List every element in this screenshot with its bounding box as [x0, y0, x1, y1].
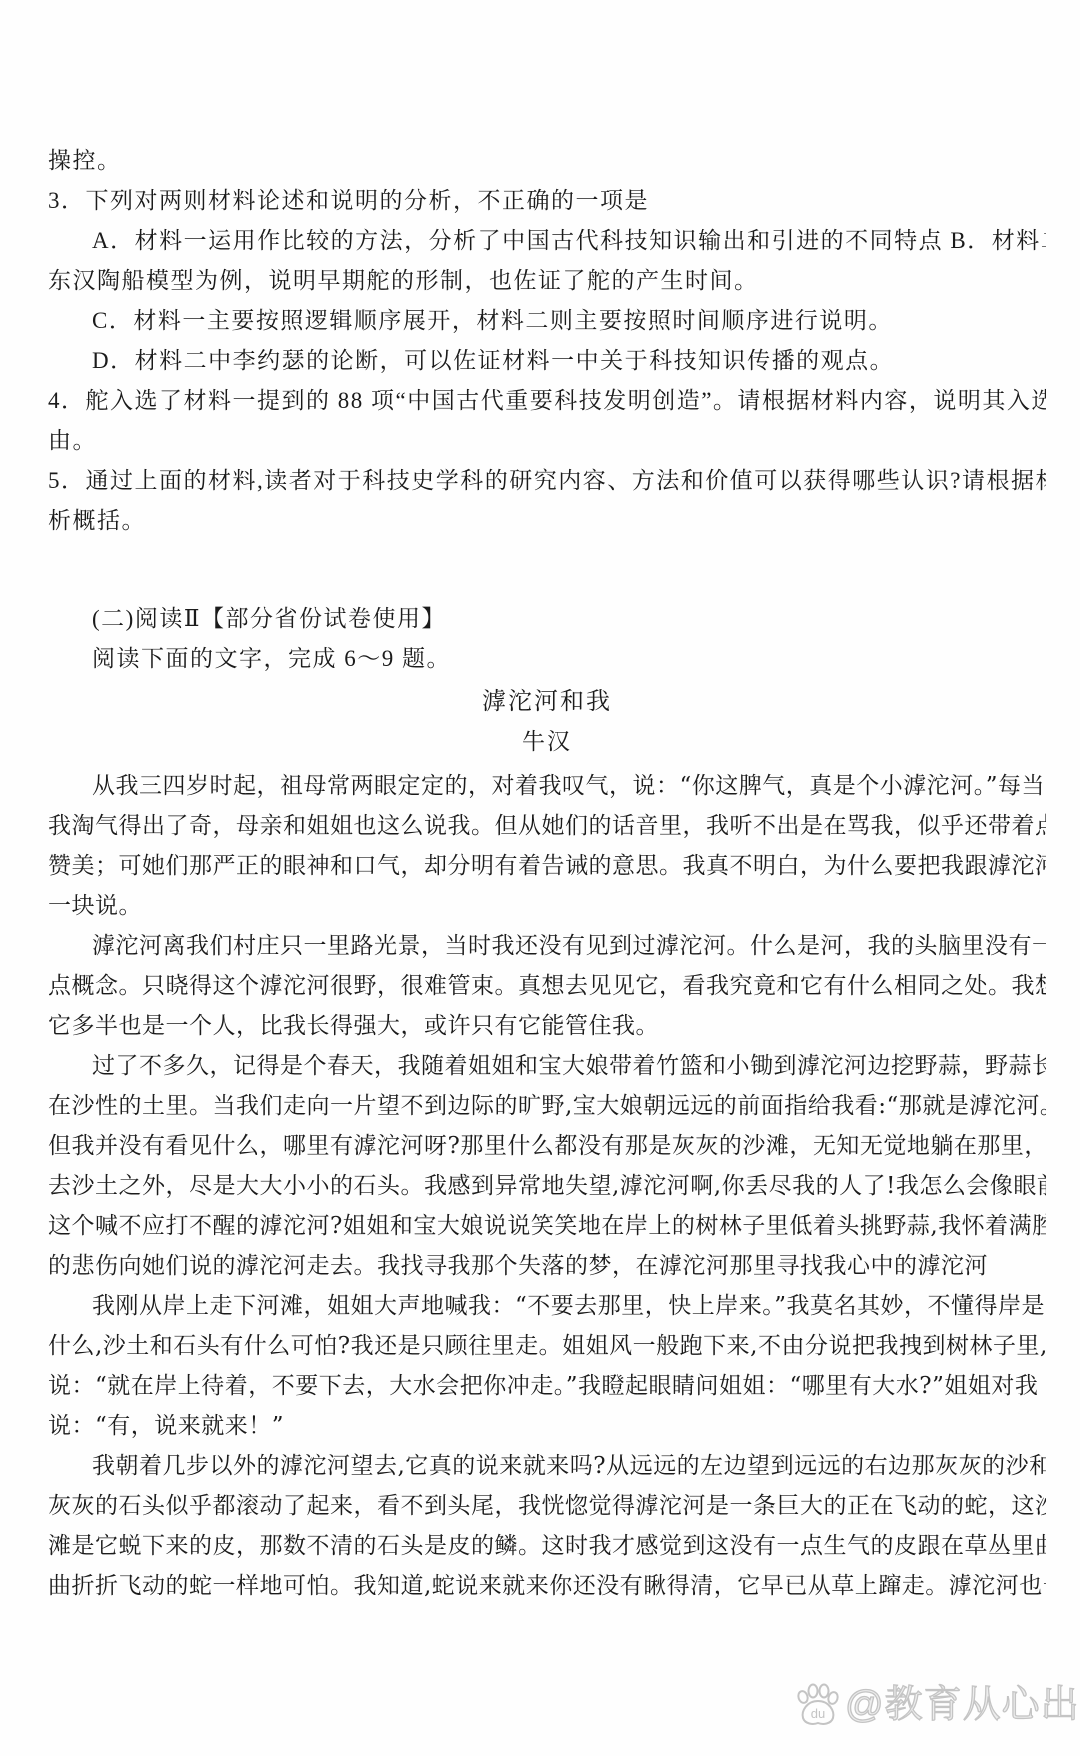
- passage-line: 曲折折飞动的蛇一样地可怕。我知道,蛇说来就来你还没有瞅得清，它早已从草上蹿走。滹…: [48, 1566, 1046, 1606]
- page-content: 操控。 3．下列对两则材料论述和说明的分析，不正确的一项是 A．材料一运用作比较…: [0, 0, 1080, 1606]
- question-5: 5．通过上面的材料,读者对于科技史学科的研究内容、方法和价值可以获得哪些认识?请…: [48, 461, 1046, 501]
- passage-line: 滹沱河离我们村庄只一里路光景，当时我还没有见到过滹沱河。什么是河，我的头脑里没有…: [48, 926, 1046, 966]
- question-4: 4．舵入选了材料一提到的 88 项“中国古代重要科技发明创造”。请根据材料内容，…: [48, 381, 1046, 421]
- passage-line: 我刚从岸上走下河滩，姐姐大声地喊我：“不要去那里，快上岸来。”我莫名其妙，不懂得…: [48, 1286, 1046, 1326]
- passage-line: 灰灰的石头似乎都滚动了起来，看不到头尾，我恍惚觉得滹沱河是一条巨大的正在飞动的蛇…: [48, 1486, 1046, 1526]
- passage-line: 一块说。: [48, 886, 1046, 926]
- passage-line: 我朝着几步以外的滹沱河望去,它真的说来就来吗?从远远的左边望到远远的右边那灰灰的…: [48, 1446, 1046, 1486]
- passage-line: 滩是它蜕下来的皮，那数不清的石头是皮的鳞。这时我才感觉到这没有一点生气的皮跟在草…: [48, 1526, 1046, 1566]
- passage-title: 滹沱河和我: [48, 682, 1046, 722]
- watermark: du @教育从心出: [793, 1682, 1080, 1728]
- passage-line: 什么,沙土和石头有什么可怕?我还是只顾往里走。姐姐风一般跑下来,不由分说把我拽到…: [48, 1326, 1046, 1366]
- section-heading: (二)阅读Ⅱ【部分省份试卷使用】: [48, 599, 1046, 639]
- passage-line: 的悲伤向她们说的滹沱河走去。我找寻我那个失落的梦，在滹沱河那里寻找我心中的滹沱河: [48, 1246, 1046, 1286]
- passage-line: 过了不多久，记得是个春天，我随着姐姐和宝大娘带着竹篮和小锄到滹沱河边挖野蒜，野蒜…: [48, 1046, 1046, 1086]
- watermark-handle: @教育从心出: [845, 1683, 1080, 1727]
- passage-line: 说：“就在岸上待着，不要下去，大水会把你冲走。”我瞪起眼睛问姐姐：“哪里有大水?…: [48, 1366, 1046, 1406]
- passage-body: 从我三四岁时起，祖母常两眼定定的，对着我叹气，说：“你这脾气，真是个小滹沱河。”…: [48, 766, 1046, 1606]
- exam-page: 操控。 3．下列对两则材料论述和说明的分析，不正确的一项是 A．材料一运用作比较…: [0, 0, 1080, 1756]
- reading-section-header: (二)阅读Ⅱ【部分省份试卷使用】 阅读下面的文字，完成 6～9 题。: [48, 599, 1046, 679]
- questions-section: 操控。 3．下列对两则材料论述和说明的分析，不正确的一项是 A．材料一运用作比较…: [48, 141, 1046, 541]
- question-3-option-d: D．材料二中李约瑟的论断，可以佐证材料一中关于科技知识传播的观点。: [48, 341, 1046, 381]
- question-3-option-c: C．材料一主要按照逻辑顺序展开，材料二则主要按照时间顺序进行说明。: [48, 301, 1046, 341]
- paw-icon-text: du: [811, 1706, 825, 1721]
- question-5-continuation: 析概括。: [48, 501, 1046, 541]
- passage-line: 点概念。只晓得这个滹沱河很野，很难管束。真想去见见它，看我究竟和它有什么相同之处…: [48, 966, 1046, 1006]
- passage-line: 从我三四岁时起，祖母常两眼定定的，对着我叹气，说：“你这脾气，真是个小滹沱河。”…: [48, 766, 1046, 806]
- question-3-option-a: A．材料一运用作比较的方法，分析了中国古代科技知识输出和引进的不同特点 B．材料…: [48, 221, 1046, 261]
- passage-line: 赞美；可她们那严正的眼神和口气，却分明有着告诫的意思。我真不明白，为什么要把我跟…: [48, 846, 1046, 886]
- passage-line: 我淘气得出了奇，母亲和姐姐也这么说我。但从她们的话音里，我听不出是在骂我，似乎还…: [48, 806, 1046, 846]
- baidu-paw-icon: du: [793, 1682, 841, 1728]
- passage-line: 但我并没有看见什么，哪里有滹沱河呀?那里什么都没有那是灰灰的沙滩，无知无觉地躺在…: [48, 1126, 1046, 1166]
- passage-line: 它多半也是一个人，比我长得强大，或许只有它能管住我。: [48, 1006, 1046, 1046]
- passage-author: 牛汉: [48, 722, 1046, 762]
- question-continuation-line: 操控。: [48, 141, 1046, 181]
- question-4-continuation: 由。: [48, 421, 1046, 461]
- passage-line: 这个喊不应打不醒的滹沱河?姐姐和宝大娘说说笑笑地在岸上的树林子里低着头挑野蒜,我…: [48, 1206, 1046, 1246]
- question-3-option-b-continuation: 东汉陶船模型为例，说明早期舵的形制，也佐证了舵的产生时间。: [48, 261, 1046, 301]
- question-3: 3．下列对两则材料论述和说明的分析，不正确的一项是: [48, 181, 1046, 221]
- passage-line: 在沙性的土里。当我们走向一片望不到边际的旷野,宝大娘朝远远的前面指给我看:“那就…: [48, 1086, 1046, 1126]
- passage-line: 去沙土之外，尽是大大小小的石头。我感到异常地失望,滹沱河啊,你丢尽我的人了!我怎…: [48, 1166, 1046, 1206]
- passage-line: 说：“有，说来就来！”: [48, 1406, 1046, 1446]
- section-instruction: 阅读下面的文字，完成 6～9 题。: [48, 639, 1046, 679]
